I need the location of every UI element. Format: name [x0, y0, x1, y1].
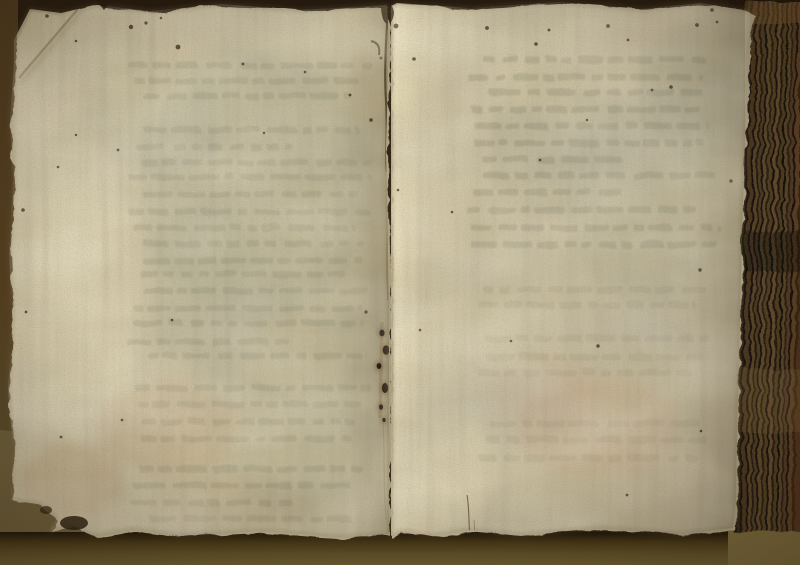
photo-vignette — [0, 0, 800, 565]
book-photo-art — [0, 0, 800, 565]
open-antique-book-photo: Photograph of an antique book lying open… — [0, 0, 800, 565]
